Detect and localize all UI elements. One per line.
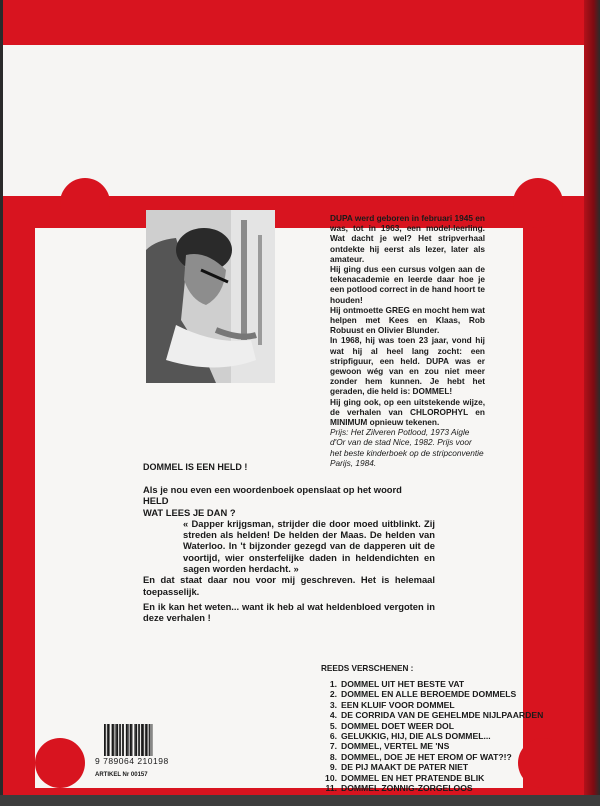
item-title: DOMMEL DOET WEER DOL (341, 721, 454, 731)
section-title-held: DOMMEL IS EEN HELD ! (143, 462, 247, 472)
item-number: 5. (321, 721, 337, 731)
item-title: EEN KLUIF VOOR DOMMEL (341, 700, 455, 710)
published-list-item: 8.DOMMEL, DOE JE HET EROM OF WAT?!? (321, 752, 543, 762)
item-title: GELUKKIG, HIJ, DIE ALS DOMMEL... (341, 731, 491, 741)
published-list-item: 4.DE CORRIDA VAN DE GEHELMDE NIJLPAARDEN (321, 710, 543, 720)
item-number: 2. (321, 689, 337, 699)
white-band (3, 45, 584, 196)
top-red-band (3, 0, 584, 45)
held-word: HELD (143, 495, 435, 506)
published-list-item: 10.DOMMEL EN HET PRATENDE BLIK (321, 773, 543, 783)
bio-paragraph: DUPA werd geboren in februari 1945 en wa… (330, 213, 485, 264)
item-title: DOMMEL, DOE JE HET EROM OF WAT?!? (341, 752, 512, 762)
published-list-item: 6.GELUKKIG, HIJ, DIE ALS DOMMEL... (321, 731, 543, 741)
item-title: DOMMEL, VERTEL ME 'NS (341, 741, 449, 751)
held-question: WAT LEES JE DAN ? (143, 507, 435, 518)
barcode (103, 724, 183, 756)
bio-paragraph: Hij ging dus een cursus volgen aan de te… (330, 264, 485, 305)
held-text: Als je nou even een woordenboek openslaa… (143, 484, 435, 624)
held-intro: Als je nou even een woordenboek openslaa… (143, 484, 435, 495)
published-list: 1.DOMMEL UIT HET BESTE VAT2.DOMMEL EN AL… (321, 679, 543, 793)
published-list-item: 1.DOMMEL UIT HET BESTE VAT (321, 679, 543, 689)
item-title: DE PIJ MAAKT DE PATER NIET (341, 762, 468, 772)
bio-paragraph: In 1968, hij was toen 23 jaar, vond hij … (330, 335, 485, 396)
item-number: 8. (321, 752, 337, 762)
published-list-item: 3.EEN KLUIF VOOR DOMMEL (321, 700, 543, 710)
item-title: DOMMEL ZONNIG-ZORGELOOS (341, 783, 473, 793)
author-photo (146, 210, 275, 383)
published-list-item: 7.DOMMEL, VERTEL ME 'NS (321, 741, 543, 751)
published-list-item: 11.DOMMEL ZONNIG-ZORGELOOS (321, 783, 543, 793)
corner-circle-bottom-left (35, 738, 85, 788)
item-number: 7. (321, 741, 337, 751)
item-number: 4. (321, 710, 337, 720)
item-number: 6. (321, 731, 337, 741)
isbn-number: 9 789064 210198 (95, 756, 169, 766)
author-biography: DUPA werd geboren in februari 1945 en wa… (330, 213, 485, 468)
published-list-title: REEDS VERSCHENEN : (321, 664, 413, 673)
corner-circle-top-right (513, 178, 563, 228)
item-title: DOMMEL UIT HET BESTE VAT (341, 679, 464, 689)
item-title: DOMMEL EN HET PRATENDE BLIK (341, 773, 484, 783)
right-edge (584, 0, 600, 806)
published-list-item: 2.DOMMEL EN ALLE BEROEMDE DOMMELS (321, 689, 543, 699)
item-number: 1. (321, 679, 337, 689)
held-line-1: En dat staat daar nou voor mij geschreve… (143, 574, 435, 597)
held-line-2: En ik kan het weten... want ik heb al wa… (143, 601, 435, 624)
published-list-item: 9.DE PIJ MAAKT DE PATER NIET (321, 762, 543, 772)
item-title: DOMMEL EN ALLE BEROEMDE DOMMELS (341, 689, 516, 699)
bio-prizes: Prijs: Het Zilveren Potlood, 1973 Aigle … (330, 427, 485, 468)
item-number: 11. (321, 783, 337, 793)
item-number: 10. (321, 773, 337, 783)
article-number: ARTIKEL Nr 00157 (95, 772, 148, 778)
corner-circle-top-left (60, 178, 110, 228)
item-number: 3. (321, 700, 337, 710)
item-number: 9. (321, 762, 337, 772)
item-title: DE CORRIDA VAN DE GEHELMDE NIJLPAARDEN (341, 710, 543, 720)
bio-paragraph: Hij ontmoette GREG en mocht hem wat help… (330, 305, 485, 336)
published-list-item: 5.DOMMEL DOET WEER DOL (321, 721, 543, 731)
dictionary-quote: « Dapper krijgsman, strijder die door mo… (183, 518, 435, 574)
bottom-strip (0, 795, 600, 806)
bio-paragraph: Hij ging ook, op een uitstekende wijze, … (330, 397, 485, 428)
